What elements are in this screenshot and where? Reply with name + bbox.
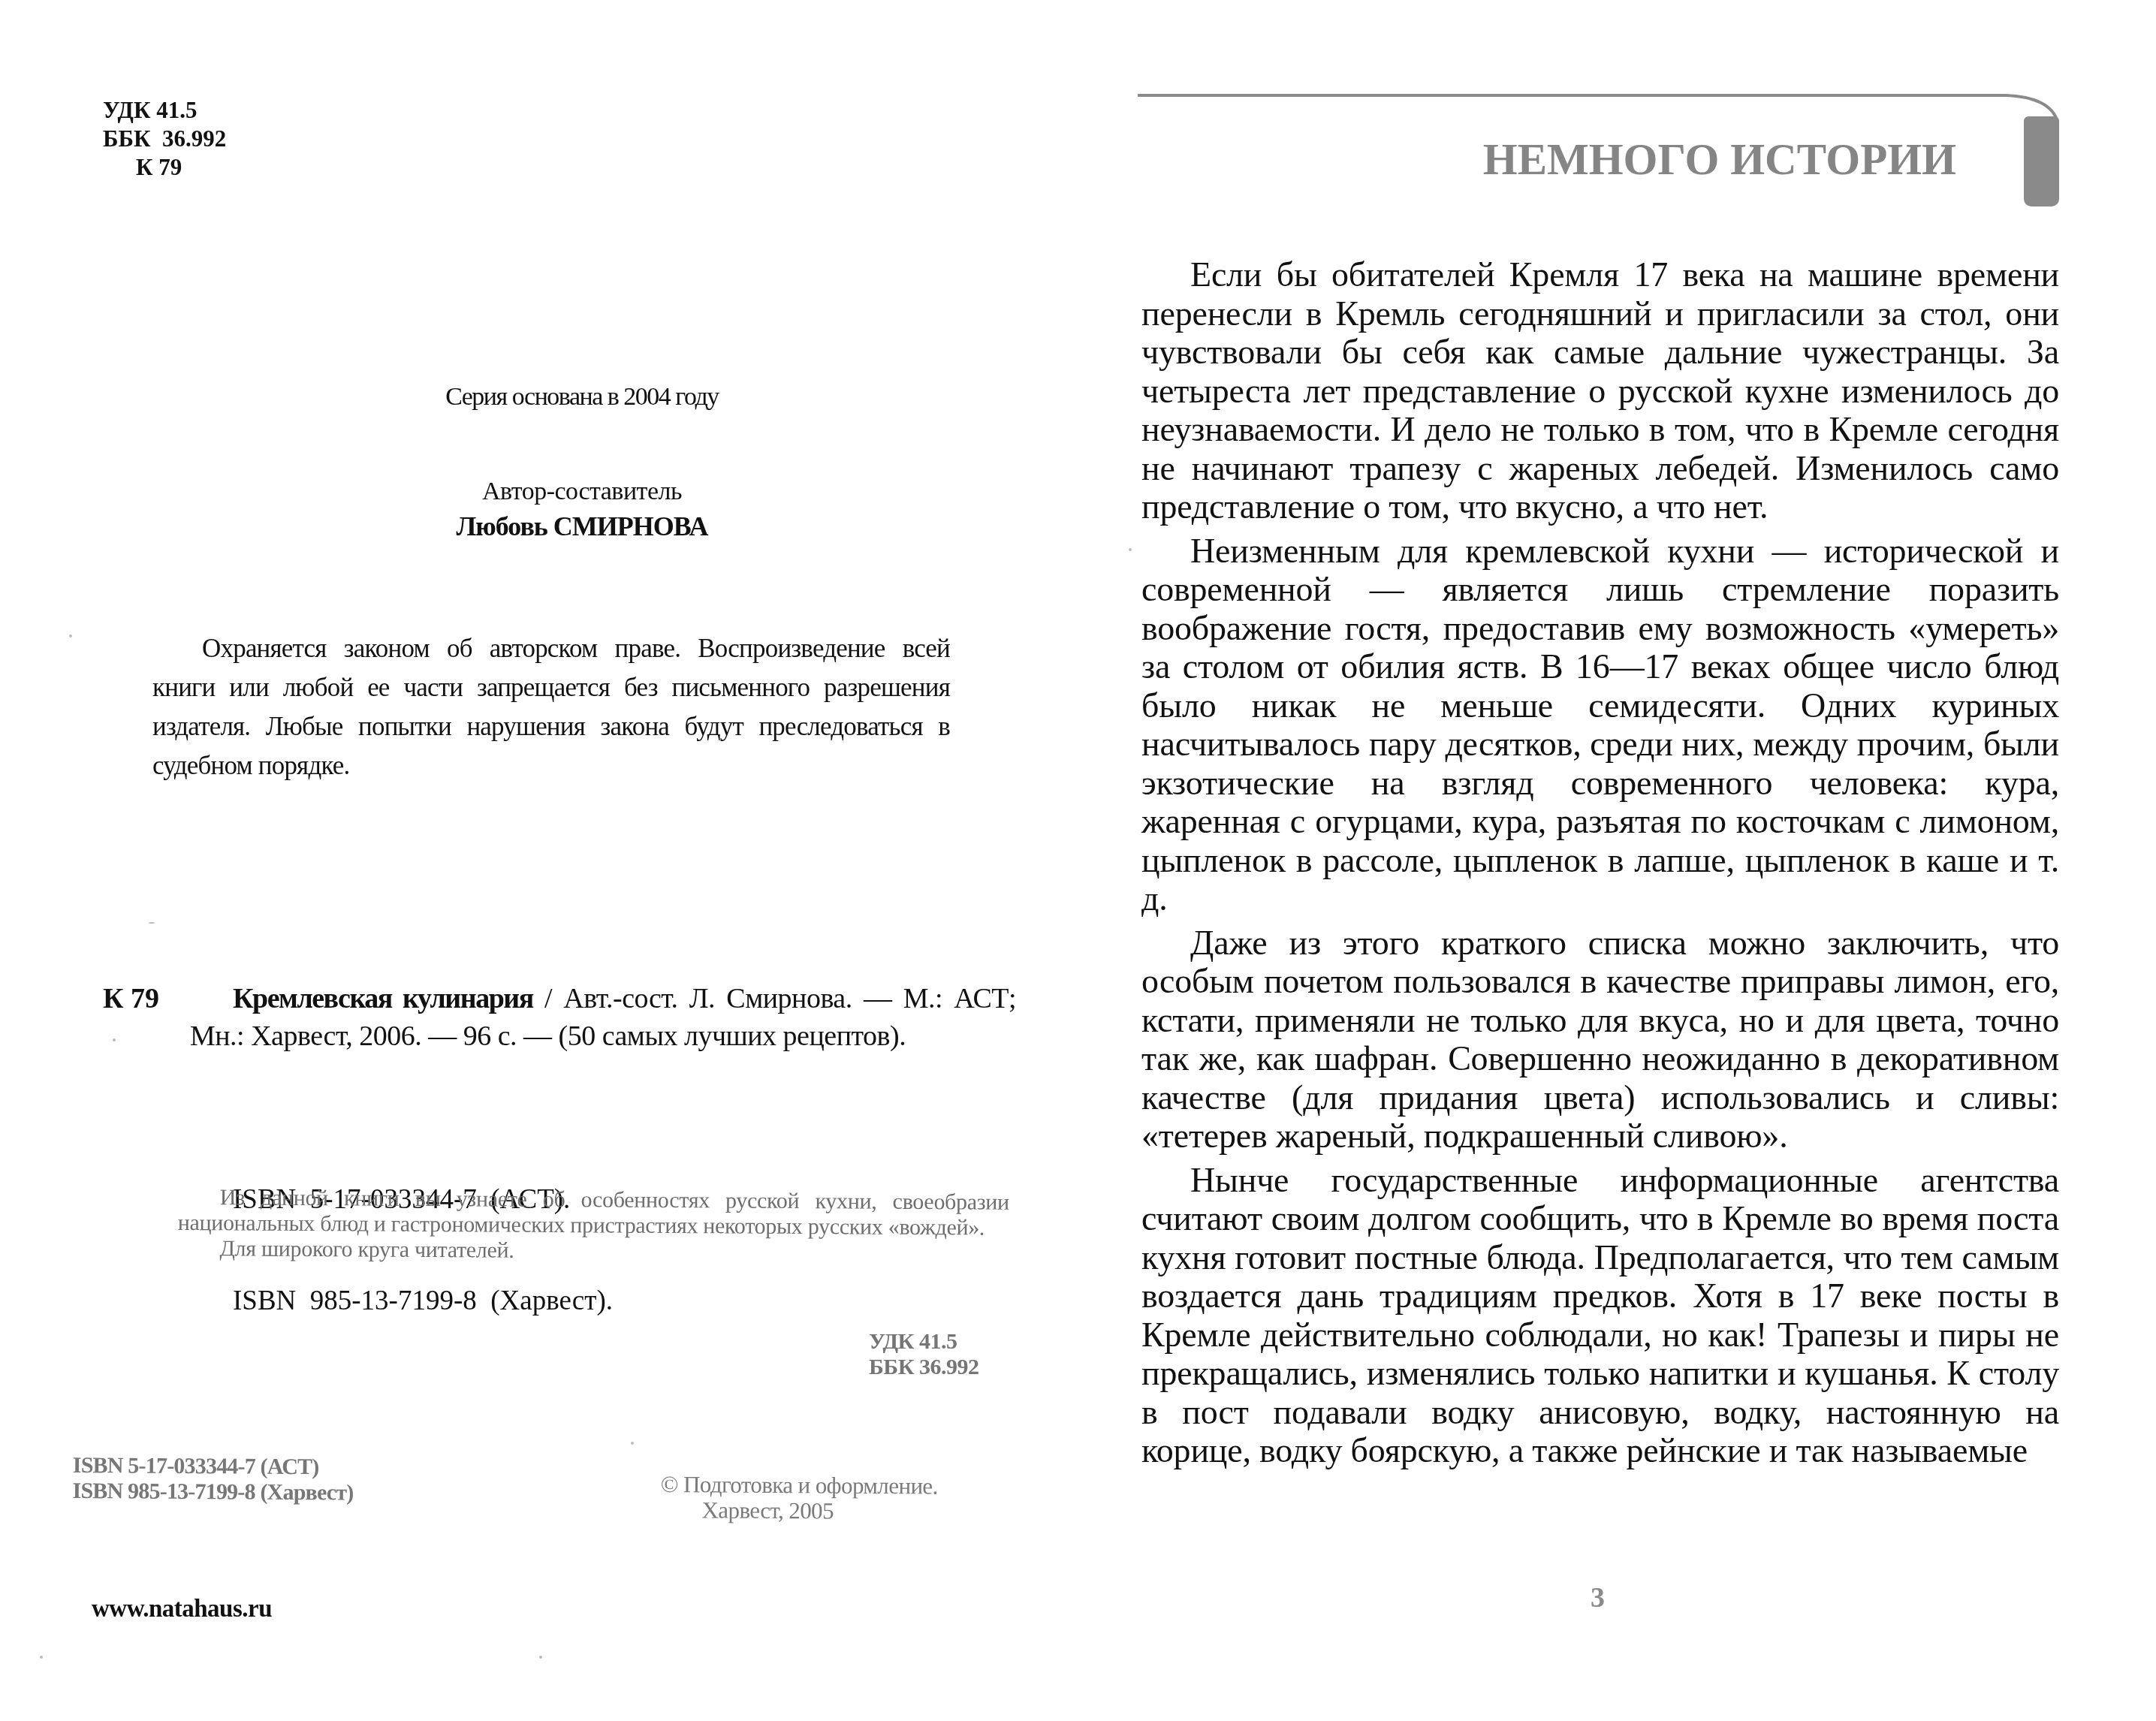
- chapter-body: Если бы обитателей Кремля 17 века на маш…: [1141, 255, 2059, 1475]
- publisher-copyright-line1: © Подготовка и оформление.: [661, 1472, 938, 1499]
- paragraph: Нынче государственные информационные аге…: [1141, 1161, 2059, 1470]
- isbn-harvest: ISBN 985-13-7199-8 (Харвест).: [233, 1284, 613, 1318]
- header-rule-curve-icon: [1138, 93, 2069, 138]
- scan-speck: [149, 922, 155, 924]
- annotation-text: Из данной книги вы узнаете об особенност…: [178, 1185, 1009, 1241]
- scan-speck: [69, 634, 72, 637]
- udk-code: УДК 41.5: [103, 96, 226, 125]
- paragraph: Даже из этого краткого списка можно закл…: [1141, 924, 2059, 1156]
- isbn-list-bottom: ISBN 5-17-033344-7 (АСТ) ISBN 985-13-719…: [73, 1453, 354, 1506]
- udk-code-bottom: УДК 41.5: [869, 1329, 978, 1355]
- left-page-imprint: УДК 41.5 ББК 36.992 К 79 Серия основана …: [0, 0, 1078, 1721]
- annotation-audience: Для широкого круга читателей.: [177, 1236, 1009, 1267]
- website-link[interactable]: www.natahaus.ru: [92, 1596, 272, 1623]
- bbk-code: ББК 36.992: [103, 125, 226, 153]
- publisher-copyright-line2: Харвест, 2005: [661, 1497, 938, 1525]
- paragraph: Неизменным для кремлевской кухни — истор…: [1141, 532, 2059, 918]
- book-title: Кремлевская кулинария: [233, 983, 533, 1014]
- copyright-text: Охраняется законом об авторском праве. В…: [152, 629, 950, 785]
- classification-codes-top: УДК 41.5 ББК 36.992 К 79: [103, 96, 226, 182]
- biblio-mark: К 79: [103, 980, 159, 1017]
- book-annotation: Из данной книги вы узнаете об особенност…: [177, 1185, 1009, 1267]
- scan-speck: [631, 1442, 634, 1445]
- scan-speck: [1129, 548, 1132, 551]
- scan-speck: [40, 1656, 43, 1659]
- series-note: Серия основана в 2004 году: [0, 383, 1164, 411]
- classification-codes-bottom: УДК 41.5 ББК 36.992: [869, 1329, 978, 1380]
- isbn-harvest-bottom: ISBN 985-13-7199-8 (Харвест): [73, 1478, 354, 1506]
- biblio-entry: Кремлевская кулинария / Авт.-сост. Л. См…: [190, 980, 1016, 1055]
- paragraph: Если бы обитателей Кремля 17 века на маш…: [1141, 255, 2059, 526]
- chapter-tab-marker: [2024, 116, 2059, 206]
- publisher-copyright: © Подготовка и оформление. Харвест, 2005: [661, 1472, 938, 1525]
- bbk-code-bottom: ББК 36.992: [869, 1355, 978, 1380]
- isbn-ast-bottom: ISBN 5-17-033344-7 (АСТ): [73, 1453, 354, 1481]
- scan-speck: [113, 1038, 116, 1041]
- author-mark: К 79: [103, 153, 226, 182]
- copyright-notice: Охраняется законом об авторском праве. В…: [152, 629, 950, 785]
- chapter-title: НЕМНОГО ИСТОРИИ: [1126, 134, 1956, 185]
- author-role: Автор-составитель: [0, 478, 1164, 506]
- author-name: Любовь СМИРНОВА: [0, 511, 1164, 542]
- page-number: 3: [1591, 1581, 1605, 1614]
- scan-speck: [539, 1656, 542, 1659]
